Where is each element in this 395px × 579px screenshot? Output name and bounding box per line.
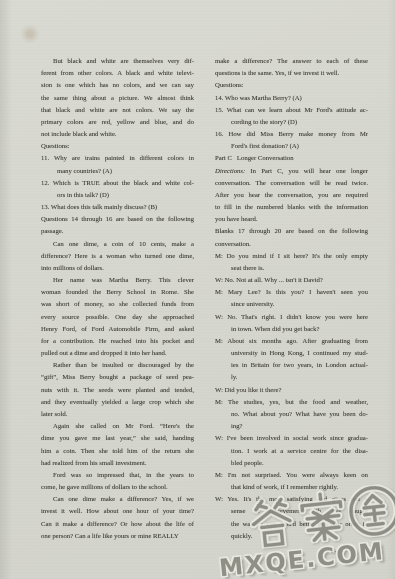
text-line: since university. — [215, 299, 368, 311]
text-block: Questions 14 through 16 are based on the… — [41, 214, 194, 238]
text-line: come, he gave millions of dollars to the… — [41, 482, 194, 494]
text-line: 11. Why are trains painted in different … — [41, 153, 194, 165]
paragraph-block: Ford was so impressed that, in the years… — [41, 470, 194, 494]
text-line: Part C Longer Conversation — [215, 153, 368, 165]
dialogue-block: M: The studies, yes, but the food and we… — [215, 397, 368, 434]
text-line: Can it make a difference? Or how about t… — [41, 519, 194, 531]
text-line: questions is the same. Yes, if we invest… — [215, 68, 368, 80]
text-line: Can one dime make a difference? Yes, if … — [41, 494, 194, 506]
text-line: W: Did you like it there? — [215, 385, 368, 397]
text-line: Henry Ford, of Ford Automobile Firm, and… — [41, 324, 194, 336]
text-line: into millions of dollars. — [41, 263, 194, 275]
text-line: tion. I work at a service centre for the… — [215, 446, 368, 458]
text-line: Blanks 17 through 20 are based on the fo… — [215, 226, 368, 238]
question-item: 13. What does this talk mainly discuss? … — [41, 202, 194, 214]
text-block: Part C Longer Conversation — [215, 153, 368, 165]
text-line: woman founded the Berry School in Rome. … — [41, 287, 194, 299]
text-line: ies in Britain for two years, in London … — [215, 360, 368, 372]
question-item: 14. Who was Martha Berry? (A) — [215, 93, 368, 105]
text-line: university in Hong Kong, I continued my … — [215, 348, 368, 360]
paragraph-block: But black and white are themselves very … — [41, 56, 194, 141]
text-line: M: Do you mind if I sit here? It's the o… — [215, 251, 368, 263]
text-line: ing? — [215, 421, 368, 433]
text-line: sion is one which has no colors, and we … — [41, 80, 194, 92]
text-line: ly. — [215, 372, 368, 384]
paragraph-block: Rather than be insulted or discouraged b… — [41, 360, 194, 421]
text-line: bled people. — [215, 458, 368, 470]
dialogue-block: W: I've been involved in social work sin… — [215, 433, 368, 470]
paragraph-block: Her name was Martha Berry. This cleverwo… — [41, 275, 194, 360]
text-line: primary colors are red, yellow and blue,… — [41, 117, 194, 129]
text-line: Ford's first donation? (A) — [215, 141, 368, 153]
text-line: W: No. Not at all. Why ... isn't it Davi… — [215, 275, 368, 287]
dialogue-block: W: No. Not at all. Why ... isn't it Davi… — [215, 275, 368, 287]
text-line: Again she called on Mr Ford. “Here's the — [41, 421, 194, 433]
paragraph-block: Can one dime make a difference? Yes, if … — [41, 494, 194, 543]
dialogue-block: M: About six months ago. After graduatin… — [215, 336, 368, 385]
text-line: Questions 14 through 16 are based on the… — [41, 214, 194, 226]
text-line: for a contribution. He reached into his … — [41, 336, 194, 348]
text-line: Questions: — [215, 80, 368, 92]
text-block: Blanks 17 through 20 are based on the fo… — [215, 226, 368, 250]
text-line: 14. Who was Martha Berry? (A) — [215, 93, 368, 105]
column-left: But black and white are themselves very … — [41, 56, 194, 543]
watermark-char-quan-icon — [346, 482, 395, 539]
text-line: pulled out a dime and dropped it into he… — [41, 348, 194, 360]
text-line: that black and white are not colors. We … — [41, 105, 194, 117]
text-line: 15. What can we learn about Mr Ford's at… — [215, 105, 368, 117]
text-line: 16. How did Miss Berry make money from M… — [215, 129, 368, 141]
directions-label: Directions: — [215, 168, 250, 175]
text-line: But black and white are themselves very … — [41, 56, 194, 68]
text-line: the same thing about a picture. We almos… — [41, 93, 194, 105]
text-line: no. What about you? What have you been d… — [215, 409, 368, 421]
scanned-exam-page: But black and white are themselves very … — [0, 0, 395, 579]
text-line: Her name was Martha Berry. This clever — [41, 275, 194, 287]
text-line: Questions: — [41, 141, 194, 153]
question-item: 12. Which is TRUE about the black and wh… — [41, 178, 194, 202]
text-line: was short of money, so she collected fun… — [41, 299, 194, 311]
watermark-char-da-icon — [244, 493, 299, 550]
text-line: invest it well. How about one hour of yo… — [41, 506, 194, 518]
paragraph-block: Again she called on Mr Ford. “Here's the… — [41, 421, 194, 470]
text-line: 13. What does this talk mainly discuss? … — [41, 202, 194, 214]
text-block: make a difference? The answer to each of… — [215, 56, 368, 80]
text-line: in town. When did you get back? — [215, 324, 368, 336]
watermark-char-an-icon — [295, 488, 350, 545]
text-line: many countries? (A) — [41, 166, 194, 178]
text-line: Can one dime, a coin of 10 cents, make a — [41, 239, 194, 251]
text-line: not include black and white. — [41, 129, 194, 141]
text-line: M: About six months ago. After graduatin… — [215, 336, 368, 348]
text-line: dime you gave me last year,” she said, h… — [41, 433, 194, 445]
text-line: one person? Can a life like yours or min… — [41, 531, 194, 543]
text-line: M: Mary Lee? Is this you? I haven't seen… — [215, 287, 368, 299]
text-line: M: I'm not surprised. You were always ke… — [215, 470, 368, 482]
text-line: difference? Here is a woman who turned o… — [41, 251, 194, 263]
text-line: every source possible. One day she appro… — [41, 312, 194, 324]
text-line: “gift”, Miss Berry bought a package of s… — [41, 372, 194, 384]
text-line: conversation. — [215, 239, 368, 251]
text-line: conversation. The conversation will be r… — [215, 178, 368, 190]
question-item: 11. Why are trains painted in different … — [41, 153, 194, 177]
text-line: make a difference? The answer to each of… — [215, 56, 368, 68]
text-line: After you hear the conversation, you are… — [215, 190, 368, 202]
text-line: had realized from his small investment. — [41, 458, 194, 470]
dialogue-block: M: Do you mind if I sit here? It's the o… — [215, 251, 368, 275]
text-line: to fill in the numbered blanks with the … — [215, 202, 368, 214]
column-right: make a difference? The answer to each of… — [215, 56, 368, 543]
text-line: Rather than be insulted or discouraged b… — [41, 360, 194, 372]
question-item: 16. How did Miss Berry make money from M… — [215, 129, 368, 153]
text-block: Directions: In Part C, you will hear one… — [215, 166, 368, 227]
text-line: cording to the story? (D) — [215, 117, 368, 129]
text-line: him a coin. Then she told him of the ret… — [41, 446, 194, 458]
text-block: Questions: — [215, 80, 368, 92]
dialogue-block: W: Did you like it there? — [215, 385, 368, 397]
text-line: M: The studies, yes, but the food and we… — [215, 397, 368, 409]
question-item: 15. What can we learn about Mr Ford's at… — [215, 105, 368, 129]
text-line: seat there is. — [215, 263, 368, 275]
text-block: Questions: — [41, 141, 194, 153]
text-line: 12. Which is TRUE about the black and wh… — [41, 178, 194, 190]
text-line: ferent from other colors. A black and wh… — [41, 68, 194, 80]
paragraph-block: Can one dime, a coin of 10 cents, make a… — [41, 239, 194, 276]
text-line: Directions: In Part C, you will hear one… — [215, 166, 368, 178]
text-line: W: No. That's right. I didn't know you w… — [215, 312, 368, 324]
text-line: passage. — [41, 226, 194, 238]
text-line: you have heard. — [215, 214, 368, 226]
dialogue-block: W: No. That's right. I didn't know you w… — [215, 312, 368, 336]
text-line: later sold. — [41, 409, 194, 421]
text-line: W: I've been involved in social work sin… — [215, 433, 368, 445]
text-line: Ford was so impressed that, in the years… — [41, 470, 194, 482]
text-line: and they eventually yielded a large crop… — [41, 397, 194, 409]
dialogue-block: M: Mary Lee? Is this you? I haven't seen… — [215, 287, 368, 311]
text-line: ors in this talk? (D) — [41, 190, 194, 202]
text-line: nuts with it. The seeds were planted and… — [41, 385, 194, 397]
